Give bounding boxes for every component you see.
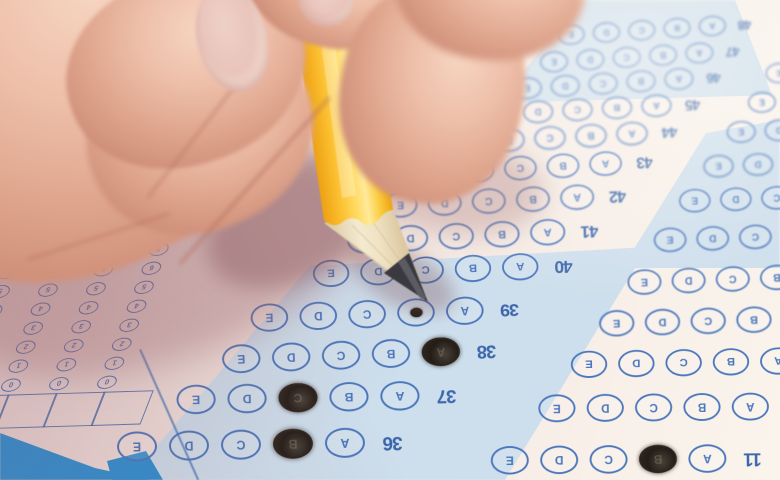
bubble-47-C: C	[612, 46, 641, 69]
question-number: 44	[657, 122, 683, 141]
bubble-11-A: A	[688, 444, 726, 473]
bubble-46-A: A	[664, 67, 694, 91]
answer-row-36: 36ABCDE	[117, 427, 409, 462]
bubble-38-C: C	[321, 340, 360, 370]
grid-digit-5-col3: 5	[0, 285, 12, 299]
question-number: 45	[680, 95, 705, 113]
question-number: 48	[734, 16, 757, 32]
bubble-36-B: B	[273, 428, 314, 459]
write-in-box	[0, 395, 10, 431]
bubble-47-A: A	[685, 42, 714, 65]
answer-row-48: 48ABCDE	[557, 13, 756, 45]
question-number: 42	[604, 186, 632, 206]
grid-digit-4-col3: 4	[0, 304, 5, 318]
photo-scene: 36ABCDE37ABCDE38ABCDE39ABCDE40ABCDE41ABC…	[0, 0, 780, 480]
grid-digit-3-col1: 3	[69, 320, 93, 334]
bubble-38-A: A	[421, 337, 460, 367]
grid-digit-3-col2: 3	[21, 321, 45, 335]
bubble-13-D: D	[618, 350, 655, 378]
bubble-11-E: E	[491, 446, 529, 475]
grid-digit-7-col3: 7	[3, 247, 27, 261]
grid-digit-0-col1: 0	[47, 377, 71, 391]
bubble-12-B: B	[683, 393, 720, 421]
grid-digit-2-col1: 2	[62, 339, 86, 353]
answer-row-47: 47ABCDE	[539, 40, 744, 73]
bubble-44-C: C	[534, 125, 567, 150]
bubble-38-D: D	[271, 342, 310, 372]
bubble-15-B: B	[760, 264, 780, 291]
bubble-13-E: E	[571, 350, 608, 378]
question-number: 47	[721, 43, 744, 60]
grid-digit-6-col2: 6	[43, 264, 67, 278]
bubble-45-B: B	[601, 96, 633, 120]
bubble-15-E: E	[627, 269, 662, 296]
bubble-40-A: A	[502, 253, 539, 282]
question-number: 39	[495, 298, 526, 320]
bubble-46-D: D	[550, 74, 580, 98]
bubble-37-E: E	[176, 384, 216, 414]
bubble-18-D: D	[742, 152, 773, 176]
bubble-47-D: D	[576, 48, 605, 71]
bubble-48-B: B	[663, 17, 691, 39]
answer-row-14: 14ABCDE	[599, 304, 780, 337]
bubble-45-A: A	[641, 93, 673, 117]
bubble-11-B: B	[639, 445, 677, 474]
bubble-48-D: D	[592, 21, 620, 43]
question-number: 40	[549, 255, 579, 276]
bubble-14-E: E	[599, 310, 635, 337]
write-in-box	[90, 390, 153, 426]
write-in-box	[0, 393, 58, 429]
bubble-46-C: C	[588, 72, 618, 96]
bubble-12-A: A	[732, 392, 769, 420]
grid-digit-0-col2: 0	[0, 378, 23, 392]
bubble-44-A: A	[616, 121, 649, 146]
grid-digit-6-col0: 6	[139, 261, 163, 275]
bubble-42-C: C	[471, 188, 506, 215]
grid-border-line	[139, 349, 199, 480]
bubble-14-B: B	[736, 306, 772, 333]
answer-row-13: 13ABCDE	[571, 346, 780, 378]
bubble-41-B: B	[484, 220, 520, 248]
bubble-16-D: D	[696, 226, 730, 252]
answer-row-11: 11ABCDE	[491, 444, 769, 475]
bubble-16-C: C	[739, 224, 773, 250]
answer-row-17: 17ABCDE	[679, 181, 780, 213]
bubble-18-E: E	[703, 154, 734, 178]
bubble-15-D: D	[671, 267, 706, 294]
bubble-11-C: C	[589, 445, 627, 474]
bubble-47-E: E	[539, 51, 568, 74]
bubble-43-D: D	[461, 157, 495, 183]
bubble-14-C: C	[690, 307, 726, 334]
bubble-38-B: B	[371, 338, 410, 368]
answer-row-12: 12ABCDE	[538, 392, 780, 422]
question-number: 46	[702, 68, 726, 85]
answer-row-38: 38ABCDE	[222, 335, 503, 374]
bubble-19-D: D	[764, 119, 780, 142]
bubble-19-E: E	[726, 120, 756, 143]
answer-row-21: 21ABCDE	[765, 53, 780, 84]
grid-digit-1-col1: 1	[54, 358, 78, 372]
grid-digit-5-col0: 5	[132, 280, 156, 294]
grid-digit-4-col2: 4	[28, 302, 52, 316]
bubble-13-B: B	[713, 348, 750, 376]
bubble-37-A: A	[380, 381, 420, 411]
bubble-38-E: E	[222, 344, 261, 374]
answer-row-37: 37ABCDE	[176, 380, 463, 414]
bubble-41-A: A	[530, 218, 566, 246]
bubble-17-C: C	[761, 185, 780, 210]
bubble-45-D: D	[522, 100, 554, 124]
answer-row-44: 44ABCDE	[452, 119, 684, 155]
grid-digit-5-col2: 5	[36, 283, 60, 297]
bubble-46-E: E	[512, 76, 542, 100]
grid-digit-1-col2: 1	[6, 359, 30, 373]
bubble-46-B: B	[626, 69, 656, 93]
grid-digit-4-col0: 4	[124, 299, 148, 313]
answer-row-46: 46ABCDE	[512, 65, 726, 100]
bubble-37-B: B	[329, 382, 369, 412]
answer-row-18: 18ABCDE	[703, 146, 780, 178]
bubble-13-A: A	[760, 347, 780, 375]
bubble-12-E: E	[538, 394, 575, 422]
bubble-37-C: C	[278, 383, 318, 413]
bubble-43-B: B	[546, 153, 580, 179]
bubble-43-C: C	[503, 155, 537, 181]
bubble-42-B: B	[515, 186, 550, 213]
bubble-17-D: D	[720, 187, 752, 212]
bubble-37-D: D	[227, 384, 267, 414]
question-number: 38	[471, 339, 502, 361]
grid-digit-5-col1: 5	[84, 282, 108, 296]
bubble-45-C: C	[562, 98, 594, 122]
grid-digit-3-col0: 3	[117, 318, 141, 332]
question-number: 43	[631, 152, 658, 171]
bubble-36-D: D	[169, 430, 210, 461]
grid-digit-4-col1: 4	[76, 301, 100, 315]
pencil	[230, 0, 460, 330]
bubble-16-E: E	[653, 227, 687, 253]
grid-digit-0-col0: 0	[95, 375, 119, 389]
bubble-45-E: E	[483, 102, 515, 126]
bubble-44-D: D	[493, 127, 526, 152]
answer-row-16: 16ABCDE	[653, 220, 780, 253]
bubble-17-E: E	[679, 188, 711, 213]
question-number: 11	[738, 448, 769, 469]
grid-digit-7-col1: 7	[99, 244, 123, 258]
answer-row-45: 45ABCDE	[483, 92, 706, 126]
bubble-48-E: E	[557, 24, 585, 46]
grid-digit-7-col0: 7	[147, 242, 171, 256]
bubble-36-C: C	[221, 429, 262, 460]
answer-row-19: 19ABCDE	[726, 112, 780, 143]
grid-digit-7-col2: 7	[51, 245, 75, 259]
bubble-12-C: C	[635, 393, 672, 421]
grid-digit-1-col0: 1	[102, 356, 126, 370]
bubble-43-A: A	[589, 150, 623, 176]
grid-digit-6-col3: 6	[0, 266, 19, 280]
bubble-36-E: E	[117, 431, 158, 462]
bubble-15-C: C	[715, 266, 750, 293]
finger-crease-2	[27, 212, 171, 261]
write-in-box	[42, 392, 105, 428]
bubble-47-B: B	[648, 44, 677, 67]
bubble-21-E: E	[765, 62, 780, 84]
answer-row-15: 15ABCDE	[627, 261, 780, 295]
bubble-36-A: A	[325, 427, 366, 458]
bubble-48-C: C	[628, 19, 656, 41]
bubble-42-A: A	[560, 184, 595, 211]
question-number: 41	[575, 220, 604, 241]
grid-digit-2-col0: 2	[110, 337, 134, 351]
bubble-20-E: E	[747, 91, 776, 113]
bubble-11-D: D	[540, 445, 578, 474]
grid-digit-2-col2: 2	[14, 340, 38, 354]
grid-digit-6-col1: 6	[91, 263, 115, 277]
bubble-13-C: C	[665, 349, 702, 377]
bubble-44-B: B	[575, 123, 608, 148]
bubble-48-A: A	[698, 15, 726, 37]
bubble-12-D: D	[587, 394, 624, 422]
answer-row-20: 20ABCDE	[747, 82, 780, 114]
question-number: 36	[377, 431, 409, 454]
question-number: 37	[431, 384, 463, 406]
bubble-14-D: D	[645, 308, 681, 335]
